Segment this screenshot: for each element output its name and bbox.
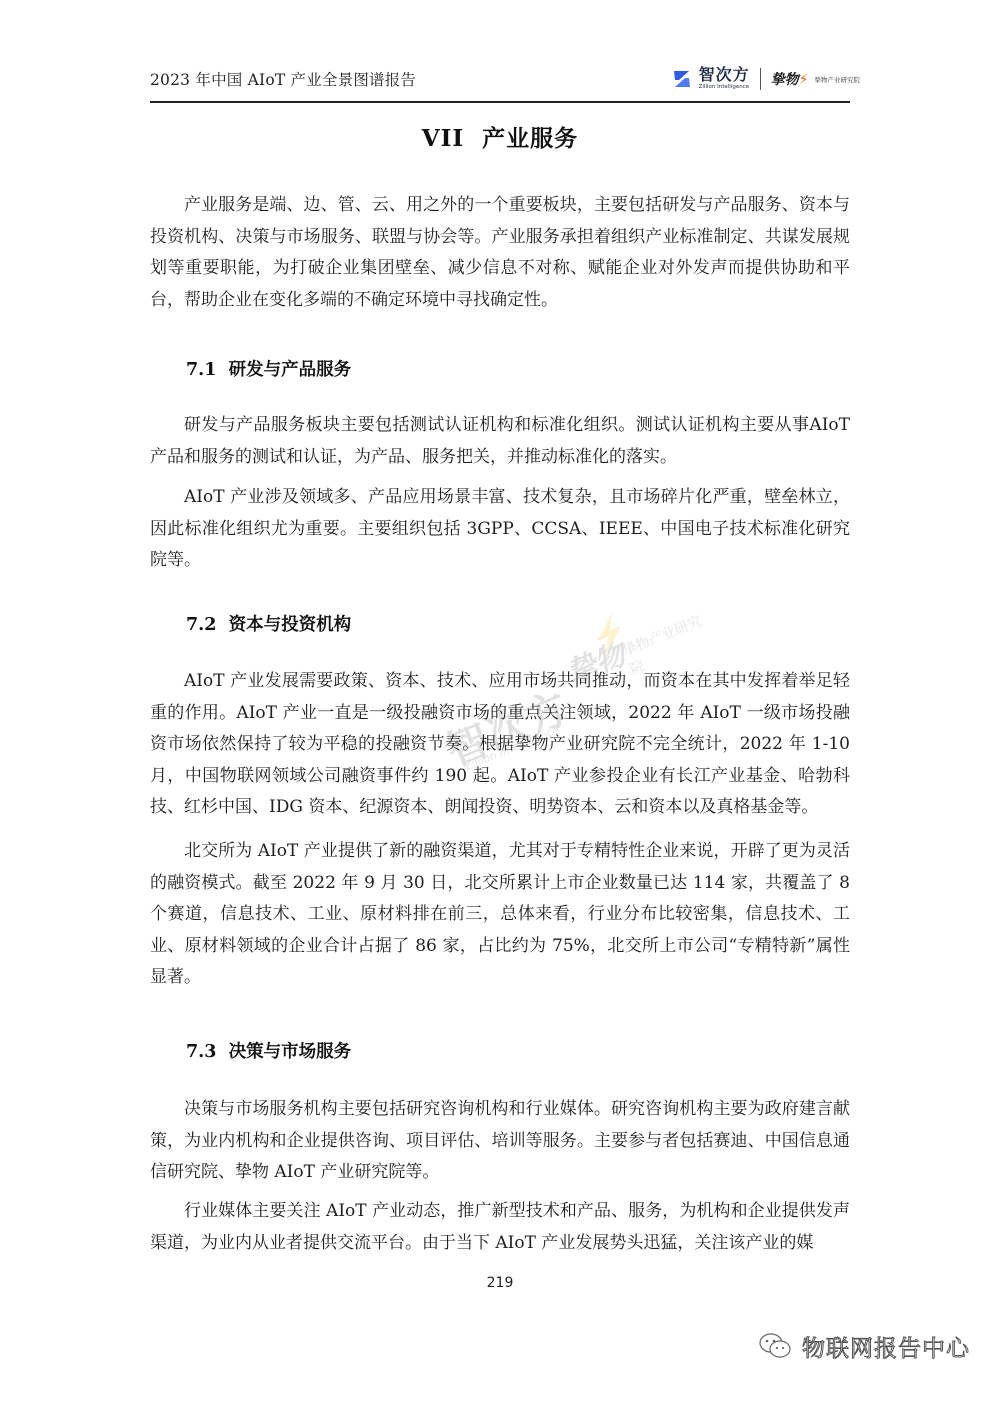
lightning-icon: ⚡ bbox=[799, 72, 809, 88]
section-heading-7-2: 7.2 资本与投资机构 bbox=[186, 611, 351, 636]
wechat-icon bbox=[758, 1331, 792, 1361]
section-7-1-paragraph-2: AIoT 产业涉及领域多、产品应用场景丰富、技术复杂，且市场碎片化严重，壁垒林立… bbox=[150, 482, 850, 577]
section-7-2-paragraph-1: AIoT 产业发展需要政策、资本、技术、应用市场共同推动，而资本在其中发挥着举足… bbox=[150, 666, 850, 824]
page-header: 2023 年中国 AIoT 产业全景图谱报告 智次方 Zillion Intel… bbox=[150, 60, 850, 100]
zhiwu-logo-mark-text: 挚物 bbox=[771, 72, 799, 88]
section-7-1-paragraph-1: 研发与产品服务板块主要包括测试认证机构和标准化组织。测试认证机构主要从事AIoT… bbox=[150, 410, 850, 473]
intro-paragraph: 产业服务是端、边、管、云、用之外的一个重要板块，主要包括研发与产品服务、资本与投… bbox=[150, 190, 850, 316]
zillion-logo-icon bbox=[671, 67, 693, 91]
section-heading-7-1: 7.1 研发与产品服务 bbox=[186, 356, 351, 381]
zhiwu-logo-mark: 挚物⚡ bbox=[771, 69, 809, 89]
zillion-logo-text: 智次方 Zillion Intelligence bbox=[699, 67, 750, 91]
chapter-title: VII 产业服务 bbox=[0, 120, 1000, 153]
wechat-account-badge: 物联网报告中心 bbox=[758, 1322, 970, 1370]
page-number: 219 bbox=[0, 1275, 1000, 1291]
watermark-lightning-icon: ⚡ bbox=[586, 611, 634, 657]
logo-divider bbox=[760, 68, 761, 90]
section-heading-7-3: 7.3 决策与市场服务 bbox=[186, 1038, 351, 1063]
zillion-logo-en: Zillion Intelligence bbox=[699, 85, 750, 91]
report-title: 2023 年中国 AIoT 产业全景图谱报告 bbox=[150, 68, 416, 90]
section-7-3-paragraph-2: 行业媒体主要关注 AIoT 产业动态，推广新型技术和产品、服务，为机构和企业提供… bbox=[150, 1196, 850, 1259]
zhiwu-logo-text: 挚物产业研究院 bbox=[815, 75, 861, 84]
wechat-account-name: 物联网报告中心 bbox=[802, 1330, 970, 1363]
section-7-2-paragraph-2: 北交所为 AIoT 产业提供了新的融资渠道，尤其对于专精特性企业来说，开辟了更为… bbox=[150, 836, 850, 994]
zillion-logo-cn: 智次方 bbox=[699, 67, 750, 83]
header-divider bbox=[150, 101, 850, 103]
header-logos: 智次方 Zillion Intelligence 挚物⚡ 挚物产业研究院 bbox=[671, 64, 860, 94]
section-7-3-paragraph-1: 决策与市场服务机构主要包括研究咨询机构和行业媒体。研究咨询机构主要为政府建言献策… bbox=[150, 1094, 850, 1189]
